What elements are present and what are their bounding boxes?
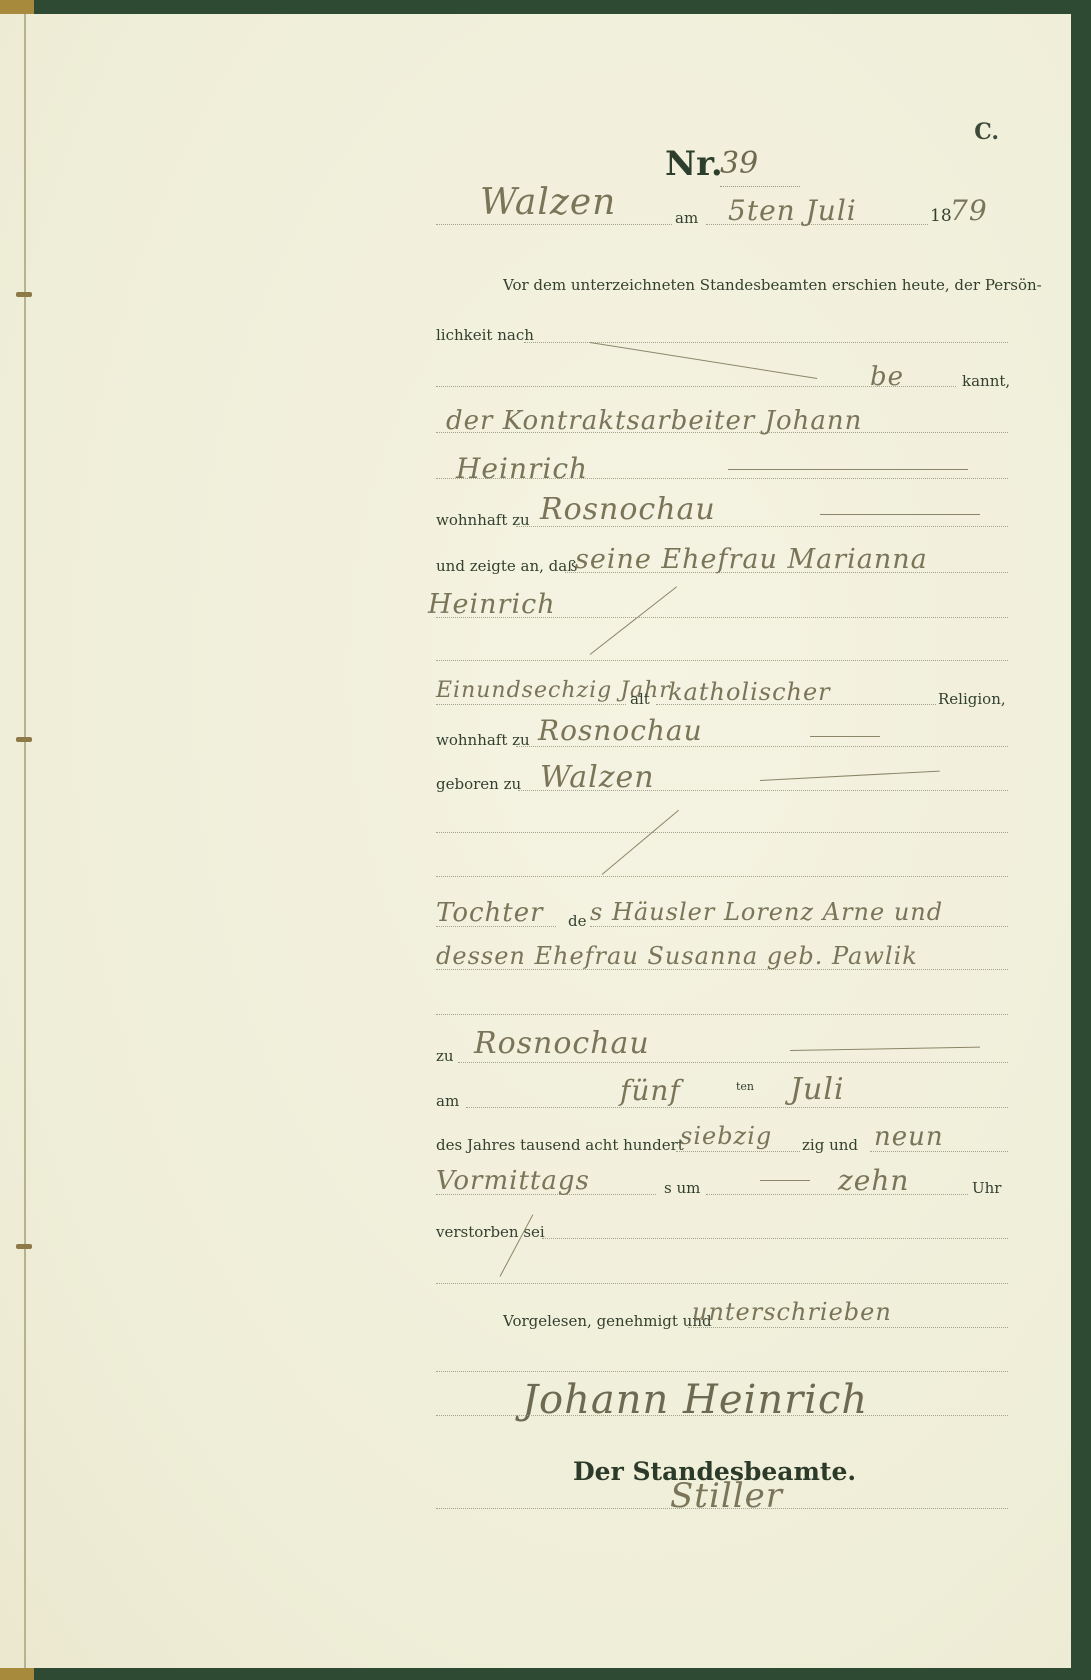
intro-kannt-label: kannt, [962, 372, 1010, 390]
blank-strike [590, 586, 677, 655]
field-line [436, 660, 1008, 661]
register-page: C. Nr. 39 Walzen am 5ten Juli 18 79 Vor … [0, 14, 1071, 1668]
field-line [542, 1238, 1008, 1239]
field-line [436, 832, 1008, 833]
field-line [676, 1151, 800, 1152]
death-hour-value: zehn [838, 1164, 909, 1197]
blank-strike [590, 342, 817, 379]
binding-stitch [16, 292, 32, 297]
informant-signature: Johann Heinrich [522, 1377, 868, 1423]
blank-strike [602, 810, 679, 875]
field-line [436, 1371, 1008, 1372]
record-number-label: Nr. [665, 144, 723, 184]
header-place: Walzen [480, 182, 616, 223]
blank-strike [760, 1180, 810, 1181]
field-line [466, 1107, 1008, 1108]
blank-strike [810, 736, 880, 737]
official-signature: Stiller [670, 1476, 783, 1516]
death-uhr-label: Uhr [972, 1179, 1001, 1197]
intro-be-value: be [870, 362, 904, 392]
header-am-label: am [675, 209, 698, 227]
deceased-religion-value: katholischer [668, 678, 831, 706]
intro-line-1: Vor dem unterzeichneten Standesbeamten e… [503, 276, 1042, 294]
informant-line-2: Heinrich [456, 452, 588, 485]
parents-line-2: dessen Ehefrau Susanna geb. Pawlik [436, 942, 918, 970]
field-line [436, 224, 672, 225]
header-year-prefix: 18 [930, 206, 952, 226]
announce-value: seine Ehefrau Marianna [575, 544, 928, 575]
deceased-religion-label: Religion, [938, 690, 1006, 708]
closing-value: unterschrieben [692, 1298, 892, 1326]
field-line [458, 1062, 1008, 1063]
death-unit-value: neun [874, 1122, 944, 1152]
header-year-suffix: 79 [950, 194, 988, 227]
death-day-value: fünf [620, 1074, 681, 1107]
verstorben-label: verstorben sei [436, 1223, 545, 1241]
field-line [436, 876, 1008, 877]
field-line [436, 1283, 1008, 1284]
death-place-label: zu [436, 1047, 454, 1065]
informant-line-1: der Kontraktsarbeiter Johann [446, 406, 862, 436]
blank-strike [790, 1047, 980, 1051]
announce-label: und zeigte an, daß [436, 557, 577, 575]
birthplace-value: Walzen [540, 760, 655, 795]
death-zig-label: zig und [802, 1136, 858, 1154]
death-am-label: am [436, 1092, 459, 1110]
binding-stitch [16, 1244, 32, 1249]
page-gutter [24, 14, 26, 1668]
page-letter: C. [974, 119, 999, 145]
field-line [436, 1415, 1008, 1416]
field-line [590, 926, 1008, 927]
death-month-value: Juli [790, 1072, 845, 1107]
parents-relation-value: Tochter [436, 898, 544, 928]
informant-residence-value: Rosnochau [540, 492, 716, 527]
birthplace-label: geboren zu [436, 775, 521, 793]
binding-stitch [16, 737, 32, 742]
death-decade-value: siebzig [680, 1122, 772, 1150]
field-line [688, 1327, 1008, 1328]
header-date: 5ten Juli [728, 194, 857, 227]
record-number-value: 39 [720, 146, 800, 187]
field-line [436, 1508, 1008, 1509]
parents-relation-label: de [568, 912, 586, 930]
blank-strike [728, 469, 968, 470]
deceased-residence-value: Rosnochau [538, 714, 703, 747]
death-time-of-day-value: Vormittags [436, 1166, 590, 1196]
death-um-label: s um [664, 1179, 700, 1197]
intro-line-2-label: lichkeit nach [436, 326, 534, 344]
death-place-value: Rosnochau [474, 1026, 650, 1061]
deceased-age-label: alt [630, 690, 650, 708]
field-line [706, 1194, 968, 1195]
blank-strike [820, 514, 980, 515]
death-year-label: des Jahres tausend acht hundert [436, 1136, 684, 1154]
blank-strike [760, 771, 940, 781]
field-line [436, 1014, 1008, 1015]
deceased-surname: Heinrich [428, 589, 556, 620]
field-line [436, 704, 626, 705]
closing-label: Vorgelesen, genehmigt und [503, 1312, 712, 1330]
parents-line-1: s Häusler Lorenz Arne und [590, 898, 943, 926]
death-day-suffix: ten [736, 1080, 754, 1093]
